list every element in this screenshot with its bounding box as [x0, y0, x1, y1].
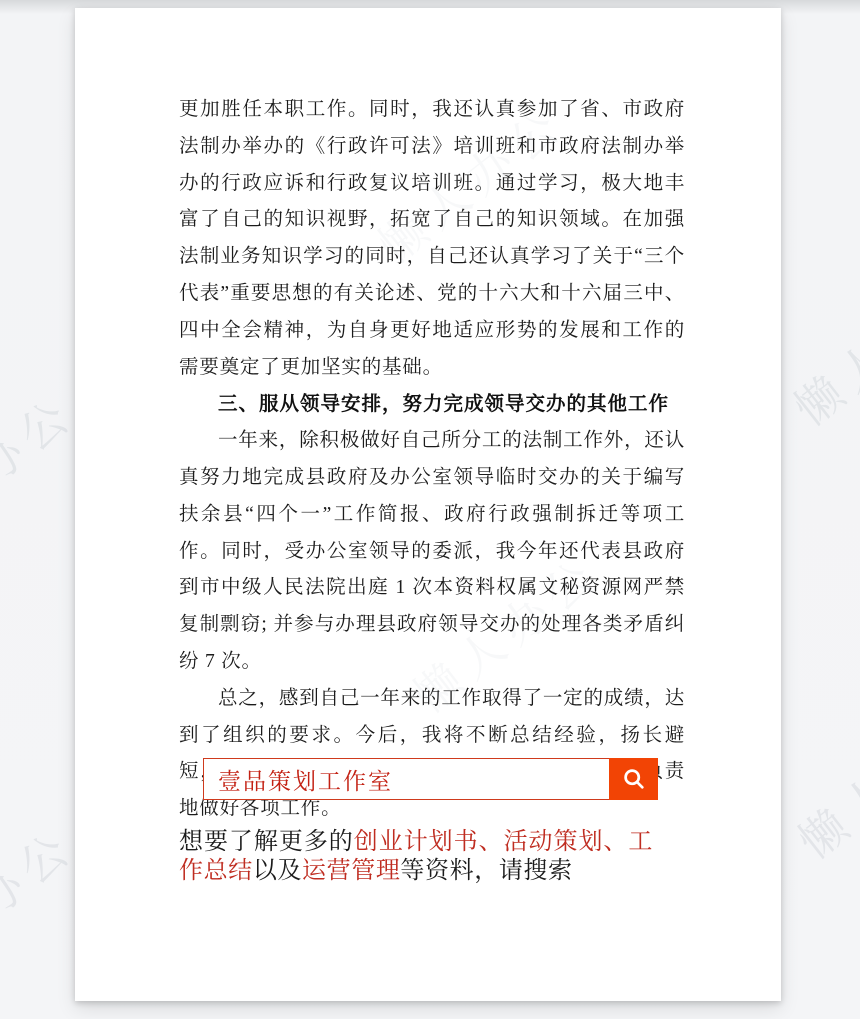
body-paragraph: 一年来，除积极做好自己所分工的法制工作外，还认真努力地完成县政府及办公室领导临时…: [179, 423, 685, 681]
site-watermark: 懒人办公: [779, 251, 860, 438]
promo-plain-text: 等资料，请搜索: [400, 858, 572, 884]
body-paragraph: 总之，感到自己一年来的工作取得了一定的成绩，达到了组织的要求。今后，我将不断总结…: [179, 681, 685, 828]
body-paragraph-continued: 更加胜任本职工作。同时，我还认真参加了省、市政府法制办举办的《行政许可法》培训班…: [179, 92, 685, 386]
promo-keyword: 运营管理: [302, 858, 400, 884]
promo-plain-text: 以及: [253, 858, 302, 884]
search-icon: [621, 766, 647, 792]
promo-plain-text: 想要了解更多的: [179, 829, 354, 855]
section-heading: 三、服从领导安排，努力完成领导交办的其他工作: [179, 386, 685, 423]
site-watermark: 懒人办公: [0, 811, 87, 998]
promo-text: 想要了解更多的创业计划书、活动策划、工作总结以及运营管理等资料，请搜索: [179, 828, 653, 887]
search-input[interactable]: [203, 758, 609, 800]
site-watermark: 懒人办公: [0, 378, 87, 565]
document-page: 更加胜任本职工作。同时，我还认真参加了省、市政府法制办举办的《行政许可法》培训班…: [75, 8, 781, 1001]
site-watermark: 懒人办公: [783, 684, 860, 871]
search-button[interactable]: [609, 758, 658, 800]
search-bar: [203, 758, 658, 800]
